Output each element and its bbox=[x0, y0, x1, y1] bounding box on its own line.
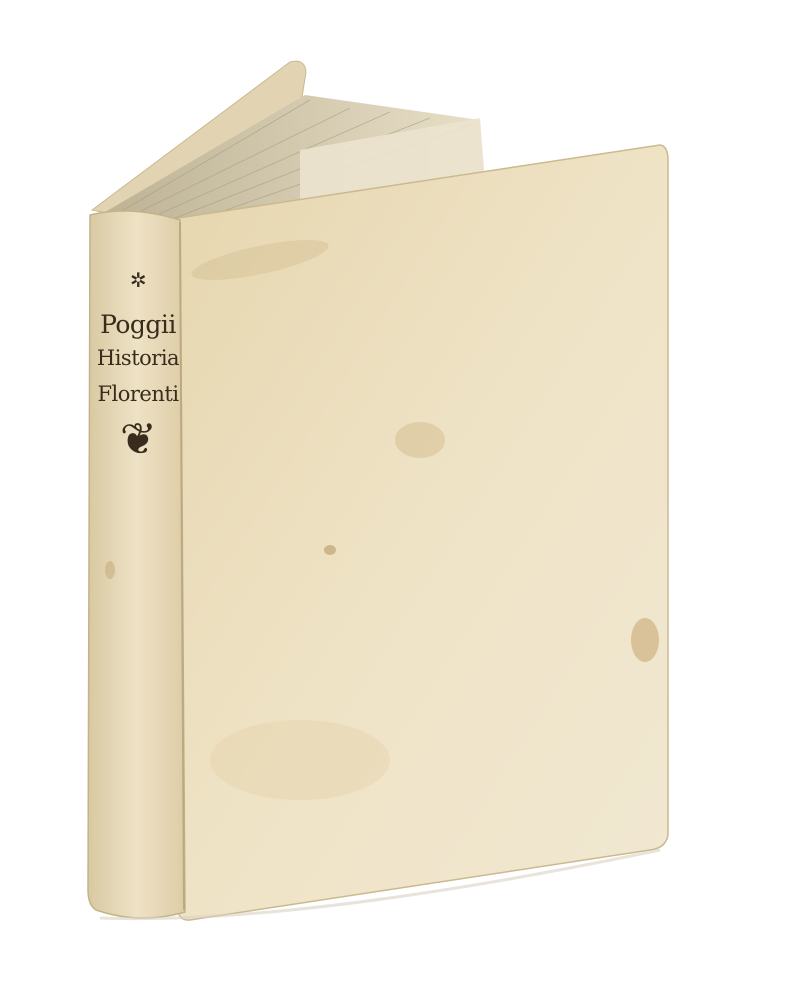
spine-title-line-3: Florenti bbox=[92, 384, 184, 405]
spine-ornament-bottom: ❦ bbox=[92, 418, 184, 462]
book-photo: ✲ Poggii Historia Florenti ❦ bbox=[0, 0, 797, 1000]
spine-title-line-1: Poggii bbox=[92, 312, 184, 337]
book-illustration bbox=[0, 0, 797, 1000]
spine-title-line-2: Historia bbox=[92, 348, 184, 369]
spine-ornament-top: ✲ bbox=[92, 270, 184, 290]
